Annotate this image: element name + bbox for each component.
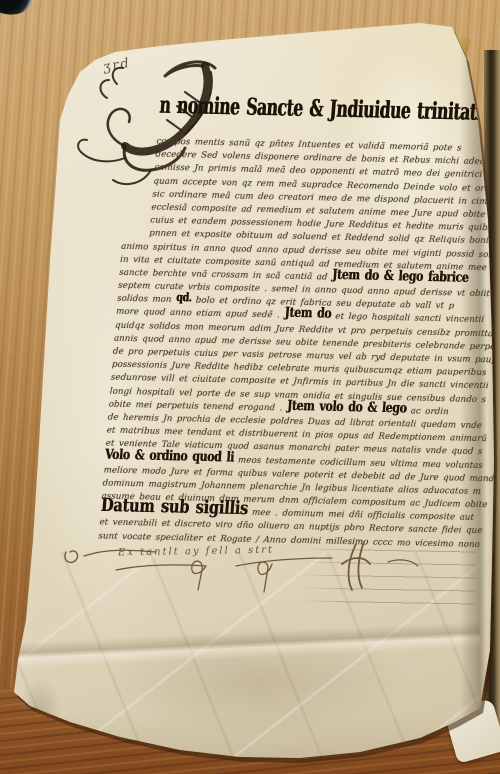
rubric-heading: Jtem volo do & lego xyxy=(286,397,407,416)
rubric-heading: Volo & ordino quod li xyxy=(104,446,234,465)
body-lines: compos mentis sanũ qz pñtes Intuentes et… xyxy=(98,131,492,547)
text-block: n nomine Sancte & Jndiuidue trinitatis. … xyxy=(98,97,495,547)
rubric-heading: Datum sub sigillis xyxy=(100,497,248,517)
photo-of-manuscript: ʒrd n nomine Sancte & Jndiuidue trinitat… xyxy=(0,0,500,774)
rubric-heading: qd. xyxy=(175,290,192,307)
opening-heading: n nomine Sancte & Jndiuidue trinitatis. xyxy=(131,82,496,135)
rubric-heading: Jtem do & lego fabrice xyxy=(332,266,469,286)
manuscript-page: ʒrd n nomine Sancte & Jndiuidue trinitat… xyxy=(0,0,500,774)
rubric-heading: Jtem do xyxy=(284,305,332,323)
